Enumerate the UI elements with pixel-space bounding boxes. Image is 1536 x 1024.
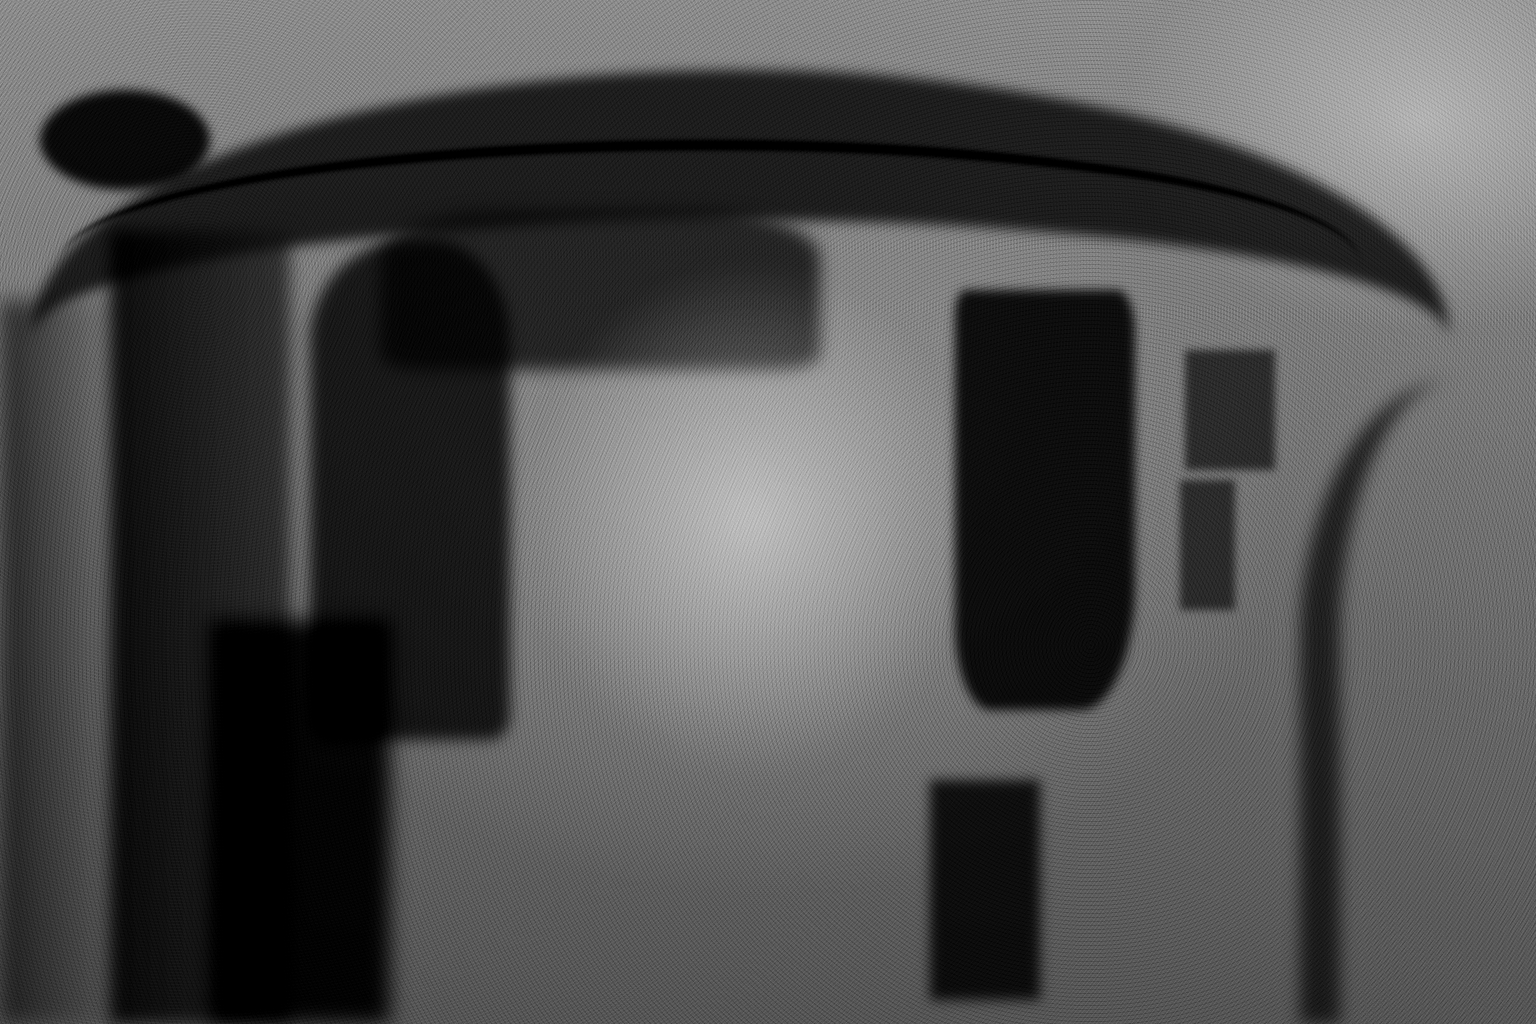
central-light-smudge <box>520 260 980 780</box>
left-vertical-strip <box>110 230 290 1024</box>
left-inner-strip <box>310 240 510 740</box>
photograph: Grainy monochrome photo of smeared dark … <box>0 0 1536 1024</box>
upper-dark-zone <box>380 210 820 370</box>
right-dark-patch <box>955 290 1135 710</box>
left-edge-shadow <box>0 300 120 1024</box>
arch-inner-line <box>60 140 1360 550</box>
left-lower-strip <box>210 620 390 1024</box>
left-oval-swirl <box>40 90 210 190</box>
right-small-drip <box>1180 480 1235 610</box>
right-arc-edge <box>1300 380 1536 1024</box>
right-lower-drip <box>930 780 1040 1000</box>
right-small-patch <box>1185 350 1275 470</box>
film-grain <box>0 0 1536 1024</box>
dark-arch-band <box>30 70 1450 780</box>
image-alt-text: Grainy monochrome photo of smeared dark … <box>0 0 1 1</box>
